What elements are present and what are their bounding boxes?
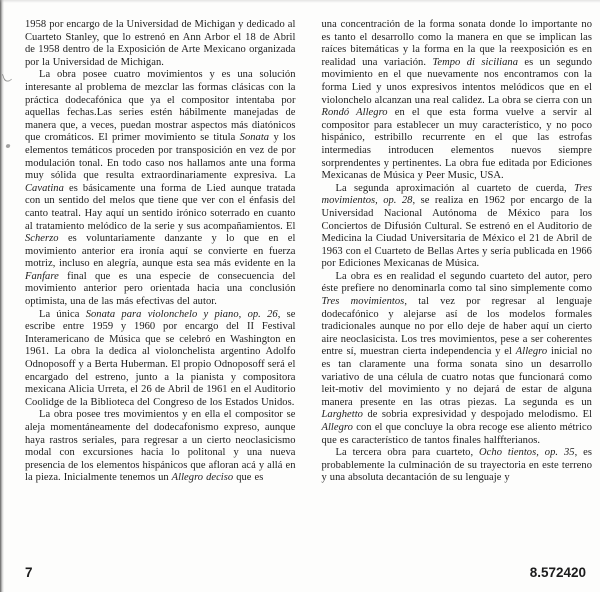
paragraph: La segunda aproximación al cuarteto de c…	[322, 183, 593, 271]
italic-text-run: Larghetto	[322, 409, 363, 420]
paragraph: La obra posee cuatro movimientos y es un…	[25, 69, 296, 308]
italic-text-run: Allegro deciso	[172, 472, 234, 483]
italic-text-run: Tres movimientos	[322, 296, 405, 307]
paragraph: una concentración de la forma sonata don…	[322, 19, 593, 183]
italic-text-run: Sonata	[240, 132, 269, 143]
italic-text-run: Scherzo	[25, 233, 59, 244]
text-run: con el que concluye la obra recoge ese a…	[322, 422, 593, 446]
italic-text-run: Allegro	[516, 346, 547, 357]
italic-text-run: Cavatina	[25, 183, 64, 194]
italic-text-run: Rondó Allegro	[322, 107, 388, 118]
scan-speck	[2, 70, 12, 84]
text-run: es básicamente una forma de Lied aunque …	[25, 183, 296, 232]
italic-text-run: Sonata para violonchelo y piano, op. 26	[86, 309, 278, 320]
text-run: , se realiza en 1962 por encargo de la U…	[322, 195, 593, 269]
paragraph: La obra posee tres movimientos y en ella…	[25, 409, 296, 485]
text-run: La tercera obra para cuarteto,	[336, 447, 480, 458]
page-number: 7	[25, 565, 33, 581]
italic-text-run: Allegro	[322, 422, 353, 433]
text-run: es voluntariamente danzante y lo que en …	[25, 233, 296, 269]
page-footer: 7 8.572420	[25, 565, 586, 581]
text-columns: 1958 por encargo de la Universidad de Mi…	[25, 19, 592, 485]
italic-text-run: Tempo di siciliana	[432, 57, 518, 68]
text-run: que es	[233, 472, 263, 483]
text-run: final que es una especie de consecuencia…	[25, 271, 296, 307]
scan-speck	[5, 143, 10, 148]
scan-edge-shadow-top	[0, 0, 600, 3]
scan-edge-shadow-left	[0, 0, 4, 592]
italic-text-run: Ocho tientos, op. 35	[479, 447, 575, 458]
text-column-left: 1958 por encargo de la Universidad de Mi…	[25, 19, 296, 485]
text-column-right: una concentración de la forma sonata don…	[322, 19, 593, 485]
text-run: La única	[39, 309, 86, 320]
text-run: en el que esta forma vuelve a servir al …	[322, 107, 593, 181]
catalog-number: 8.572420	[530, 565, 586, 581]
text-run: , se escribe entre 1959 y 1960 por encar…	[25, 309, 296, 408]
text-run: 1958 por encargo de la Universidad de Mi…	[25, 19, 296, 68]
paragraph: La única Sonata para violonchelo y piano…	[25, 309, 296, 410]
text-run: La segunda aproximación al cuarteto de c…	[336, 183, 575, 194]
text-run: de sobria expresividad y despojado melod…	[363, 409, 592, 420]
paragraph: La tercera obra para cuarteto, Ocho tien…	[322, 447, 593, 485]
italic-text-run: Fanfare	[25, 271, 59, 282]
text-run: La obra es en realidad el segundo cuarte…	[322, 271, 593, 295]
paragraph: 1958 por encargo de la Universidad de Mi…	[25, 19, 296, 69]
paragraph: La obra es en realidad el segundo cuarte…	[322, 271, 593, 447]
